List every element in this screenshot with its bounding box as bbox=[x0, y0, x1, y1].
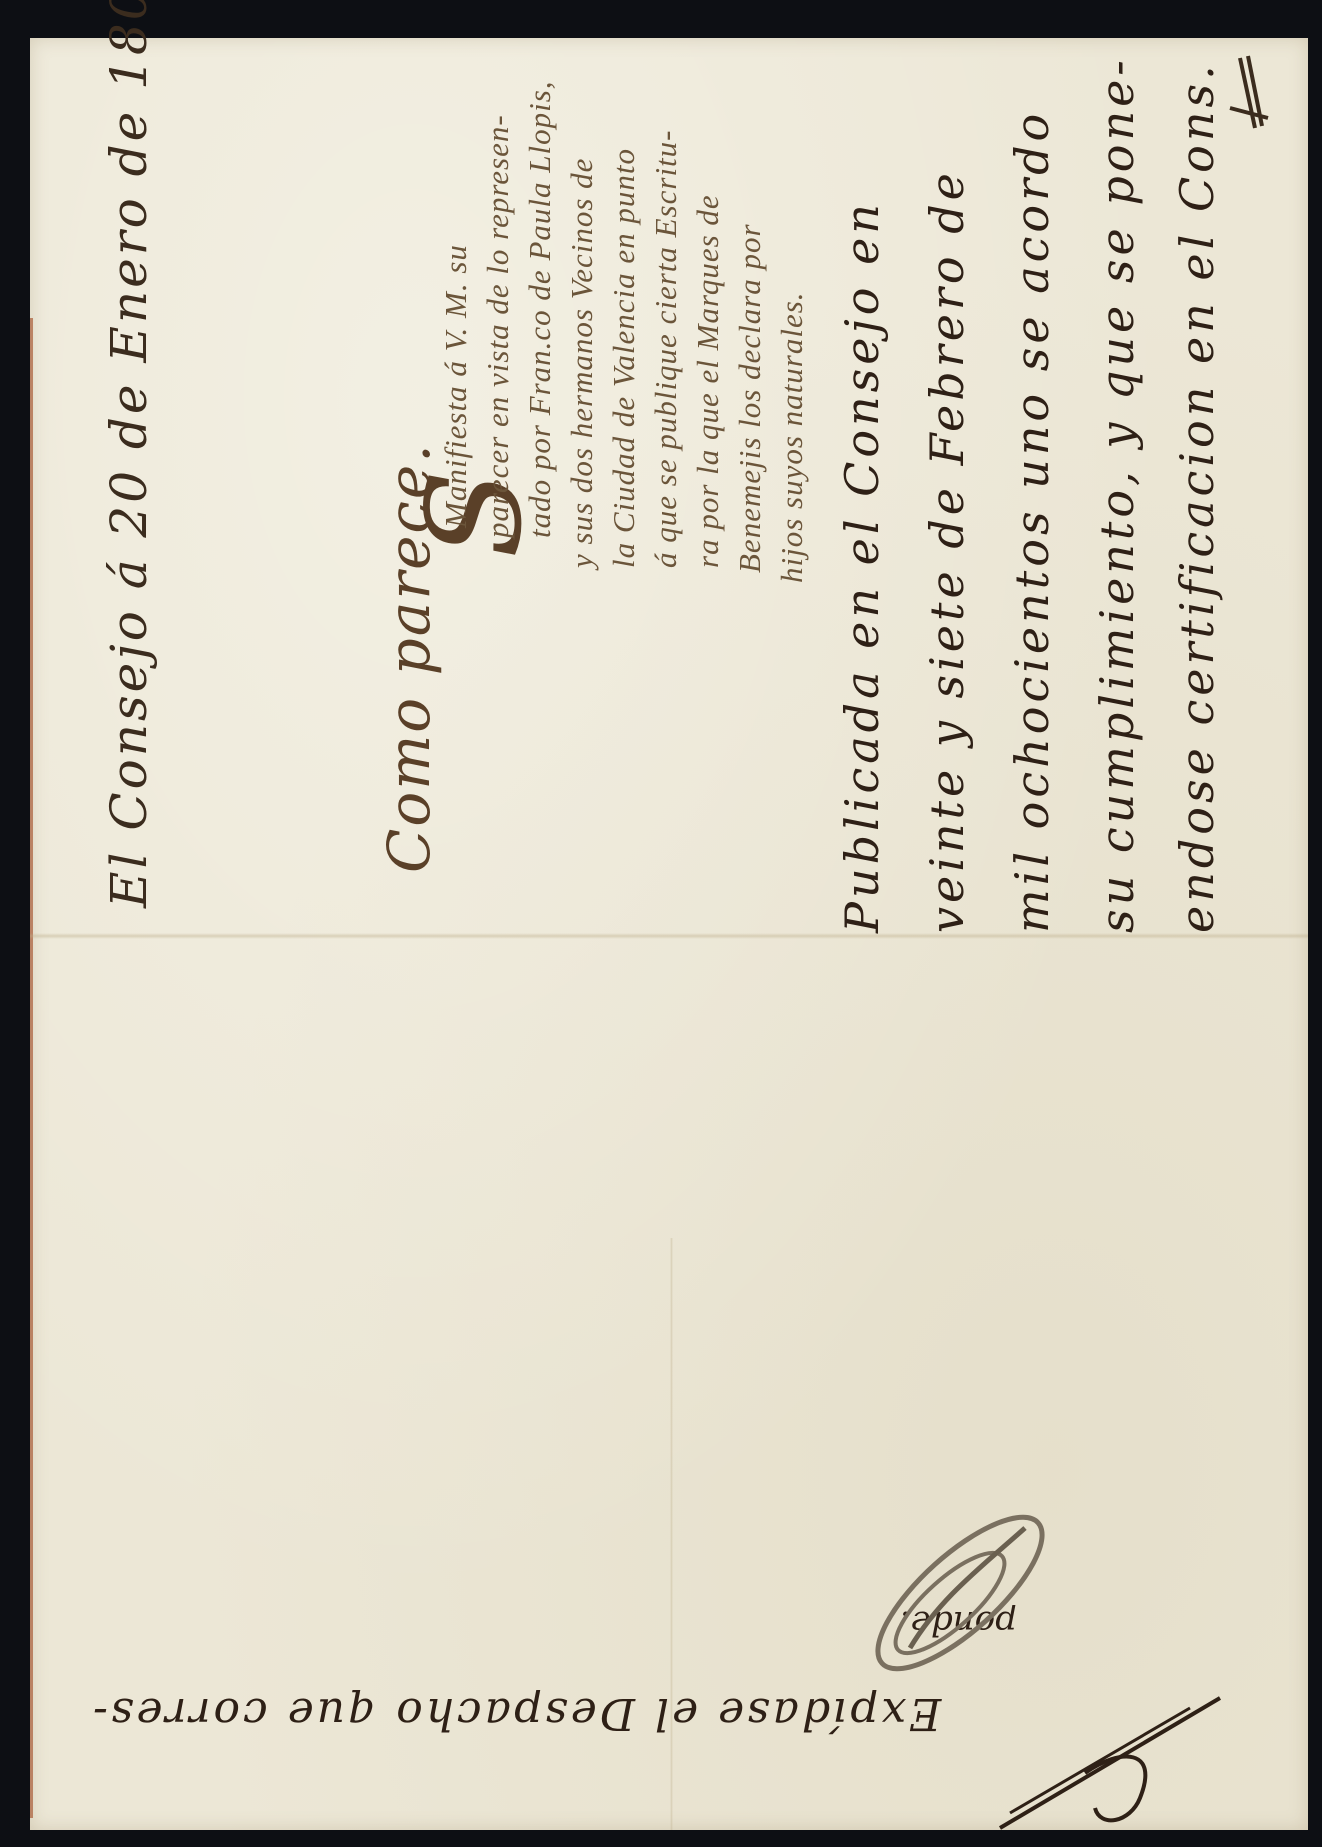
body-line: tado por Fran.co de Paula Llopis, bbox=[522, 80, 558, 538]
manuscript-page: El Consejo á 20 de Enero de 1801. Como p… bbox=[30, 38, 1308, 1830]
decree-line: veinte y siete de Febrero de bbox=[920, 169, 974, 933]
body-line: ra por la que el Marques de bbox=[690, 194, 726, 568]
body-line: la Ciudad de Valencia en punto bbox=[606, 148, 642, 568]
body-line: á que se publique cierta Escritu- bbox=[648, 130, 684, 569]
fold-line bbox=[30, 933, 1308, 939]
decree-line: su cumplimiento, y que se pone- bbox=[1090, 56, 1144, 933]
fold-line-vertical bbox=[670, 1238, 673, 1830]
rubric-signature-icon bbox=[850, 1508, 1070, 1678]
document-heading: El Consejo á 20 de Enero de 1801. bbox=[100, 0, 158, 908]
body-line: y sus dos hermanos Vecinos de bbox=[564, 158, 600, 568]
decree-line: endose certificacion en el Cons. bbox=[1170, 61, 1224, 933]
body-line: parecer en vista de lo represen- bbox=[480, 114, 516, 538]
page-edge bbox=[30, 318, 33, 1818]
body-line: hijos suyos naturales. bbox=[774, 291, 810, 583]
decree-line: Publicada en el Consejo en bbox=[835, 200, 889, 933]
body-line: Benemejis los declara por bbox=[732, 223, 768, 573]
corner-mark-icon bbox=[1210, 48, 1280, 148]
bottom-note-line: Expídase el Despacho que corres- bbox=[90, 1688, 941, 1739]
flourish-icon bbox=[990, 1688, 1230, 1838]
decree-line: mil ochocientos uno se acordo bbox=[1005, 110, 1059, 933]
body-line: Manifiesta á V. M. su bbox=[438, 244, 474, 528]
